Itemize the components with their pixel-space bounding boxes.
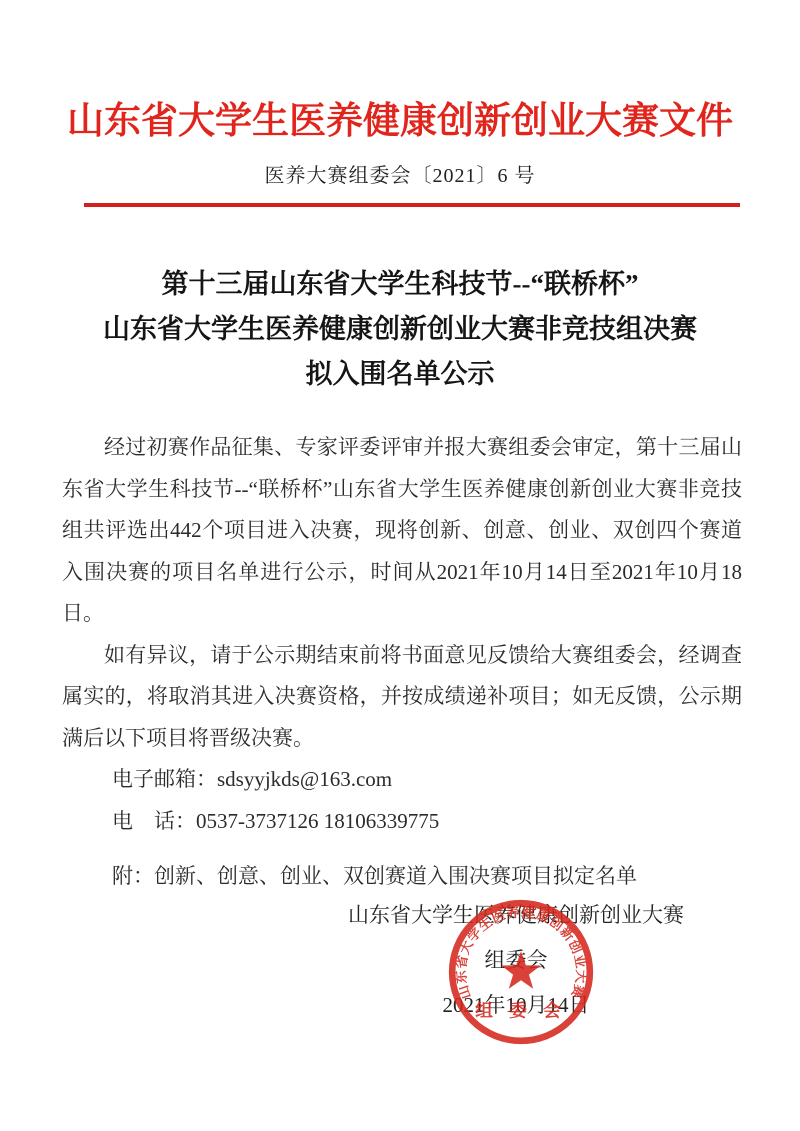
signature-block: 山东省大学生医养健康创新创业大赛 组委会 2021年10月14日 — [346, 893, 686, 1028]
attachment-line: 附：创新、创意、创业、双创赛道入围决赛项目拟定名单 — [62, 856, 742, 898]
phone-numbers: 0537-3737126 18106339775 — [196, 809, 439, 833]
signature-date: 2021年10月14日 — [346, 983, 686, 1028]
email-label: 电子邮箱： — [112, 767, 217, 791]
document-number: 医养大赛组委会〔2021〕6 号 — [0, 159, 800, 188]
signature-org-name: 山东省大学生医养健康创新创业大赛 — [346, 893, 686, 938]
email-line: 电子邮箱：sdsyyjkds@163.com — [62, 759, 742, 801]
paragraph-2: 如有异议，请于公示期结束前将书面意见反馈给大赛组委会，经调查属实的，将取消其进入… — [62, 635, 742, 760]
subject-line-3: 拟入围名单公示 — [0, 352, 800, 397]
letterhead-title: 山东省大学生医养健康创新创业大赛文件 — [0, 90, 800, 144]
subject-line-2: 山东省大学生医养健康创新创业大赛非竞技组决赛 — [0, 307, 800, 352]
document-page: 山东省大学生医养健康创新创业大赛文件 医养大赛组委会〔2021〕6 号 第十三届… — [0, 0, 800, 1131]
letterhead-divider — [84, 203, 740, 207]
phone-label: 电 话： — [112, 809, 196, 833]
signature-org-committee: 组委会 — [346, 938, 686, 983]
document-body: 经过初赛作品征集、专家评委评审并报大赛组委会审定，第十三届山东省大学生科技节--… — [62, 427, 742, 898]
subject-line-1: 第十三届山东省大学生科技节--“联桥杯” — [0, 262, 800, 307]
phone-line: 电 话：0537-3737126 18106339775 — [62, 801, 742, 843]
document-subject: 第十三届山东省大学生科技节--“联桥杯” 山东省大学生医养健康创新创业大赛非竞技… — [0, 262, 800, 397]
email-address: sdsyyjkds@163.com — [217, 767, 392, 791]
paragraph-1: 经过初赛作品征集、专家评委评审并报大赛组委会审定，第十三届山东省大学生科技节--… — [62, 427, 742, 635]
